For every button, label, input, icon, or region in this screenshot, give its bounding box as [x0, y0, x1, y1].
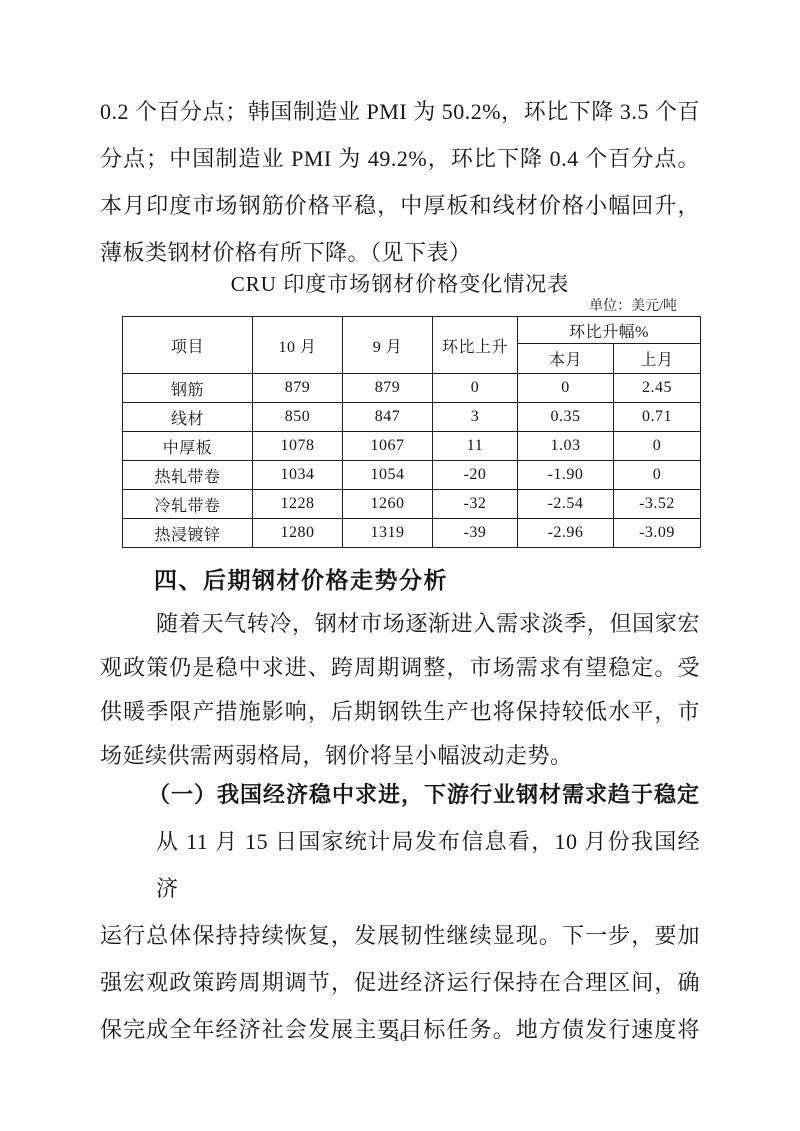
paragraph-line: 随着天气转冷，钢材市场逐渐进入需求淡季，但国家宏 [100, 602, 700, 646]
cell-this-month: -1.90 [518, 461, 614, 490]
cell-oct: 850 [253, 403, 343, 432]
cell-last-month: 2.45 [614, 374, 701, 403]
table-row: 钢筋 879 879 0 0 2.45 [123, 374, 701, 403]
paragraph-line: 强宏观政策跨周期调节，促进经济运行保持在合理区间，确 [100, 959, 700, 1006]
cell-sep: 847 [343, 403, 433, 432]
col-header-mom-change: 环比上升 [433, 317, 518, 374]
cell-oct: 1228 [253, 490, 343, 519]
paragraph-line: 场延续供需两弱格局，钢价将呈小幅波动走势。 [100, 734, 700, 778]
cell-change: 11 [433, 432, 518, 461]
page-content: 0.2 个百分点；韩国制造业 PMI 为 50.2%，环比下降 3.5 个百 分… [100, 0, 700, 1053]
cell-last-month: -3.52 [614, 490, 701, 519]
cell-item: 线材 [123, 403, 253, 432]
section-heading: 四、后期钢材价格走势分析 [100, 564, 700, 596]
cell-sep: 1319 [343, 519, 433, 548]
section-paragraph-2: 从 11 月 15 日国家统计局发布信息看，10 月份我国经济 运行总体保持持续… [100, 818, 700, 1053]
paragraph-line: 薄板类钢材价格有所下降。（见下表） [100, 229, 700, 276]
table-header: 项目 10 月 9 月 环比上升 环比升幅% 本月 上月 [123, 317, 701, 374]
cell-oct: 1280 [253, 519, 343, 548]
cell-oct: 1034 [253, 461, 343, 490]
intro-paragraph: 0.2 个百分点；韩国制造业 PMI 为 50.2%，环比下降 3.5 个百 分… [100, 0, 700, 276]
cell-item: 热浸镀锌 [123, 519, 253, 548]
paragraph-line: 运行总体保持持续恢复，发展韧性继续显现。下一步，要加 [100, 912, 700, 959]
cell-sep: 1260 [343, 490, 433, 519]
cell-change: 3 [433, 403, 518, 432]
paragraph-line: 分点；中国制造业 PMI 为 49.2%，环比下降 0.4 个百分点。 [100, 135, 700, 182]
col-header-sep: 9 月 [343, 317, 433, 374]
table-body: 钢筋 879 879 0 0 2.45 线材 850 847 3 0.35 0.… [123, 374, 701, 548]
cell-this-month: 0.35 [518, 403, 614, 432]
cell-sep: 879 [343, 374, 433, 403]
cell-last-month: -3.09 [614, 519, 701, 548]
cell-last-month: 0 [614, 461, 701, 490]
subsection-heading: （一）我国经济稳中求进，下游行业钢材需求趋于稳定 [100, 778, 700, 812]
table-row: 冷轧带卷 1228 1260 -32 -2.54 -3.52 [123, 490, 701, 519]
cell-last-month: 0.71 [614, 403, 701, 432]
paragraph-line: 供暖季限产措施影响，后期钢铁生产也将保持较低水平，市 [100, 690, 700, 734]
cell-change: -32 [433, 490, 518, 519]
section-paragraph-1: 随着天气转冷，钢材市场逐渐进入需求淡季，但国家宏 观政策仍是稳中求进、跨周期调整… [100, 602, 700, 778]
cell-oct: 879 [253, 374, 343, 403]
cell-this-month: 1.03 [518, 432, 614, 461]
col-header-oct: 10 月 [253, 317, 343, 374]
cell-item: 中厚板 [123, 432, 253, 461]
cell-item: 冷轧带卷 [123, 490, 253, 519]
page-number: 10 [0, 1030, 800, 1046]
cell-this-month: -2.54 [518, 490, 614, 519]
cell-item: 钢筋 [123, 374, 253, 403]
cell-change: 0 [433, 374, 518, 403]
cell-sep: 1067 [343, 432, 433, 461]
col-header-item: 项目 [123, 317, 253, 374]
cell-item: 热轧带卷 [123, 461, 253, 490]
col-header-this-month: 本月 [518, 344, 614, 374]
paragraph-line: 观政策仍是稳中求进、跨周期调整，市场需求有望稳定。受 [100, 646, 700, 690]
table-unit-label: 单位：美元/吨 [100, 298, 700, 316]
table-row: 中厚板 1078 1067 11 1.03 0 [123, 432, 701, 461]
table-row: 热浸镀锌 1280 1319 -39 -2.96 -3.09 [123, 519, 701, 548]
cell-oct: 1078 [253, 432, 343, 461]
col-header-last-month: 上月 [614, 344, 701, 374]
table-row: 热轧带卷 1034 1054 -20 -1.90 0 [123, 461, 701, 490]
cell-this-month: 0 [518, 374, 614, 403]
col-header-mom-pct-group: 环比升幅% [518, 317, 701, 344]
document-page: { "intro": { "lines": [ "0.2 个百分点；韩国制造业 … [0, 0, 800, 1131]
paragraph-line: 0.2 个百分点；韩国制造业 PMI 为 50.2%，环比下降 3.5 个百 [100, 88, 700, 135]
table-row: 线材 850 847 3 0.35 0.71 [123, 403, 701, 432]
cell-change: -20 [433, 461, 518, 490]
cell-last-month: 0 [614, 432, 701, 461]
cell-this-month: -2.96 [518, 519, 614, 548]
cell-sep: 1054 [343, 461, 433, 490]
paragraph-line: 本月印度市场钢筋价格平稳，中厚板和线材价格小幅回升， [100, 182, 700, 229]
price-table: 项目 10 月 9 月 环比上升 环比升幅% 本月 上月 钢筋 879 879 … [122, 316, 701, 548]
paragraph-line: 从 11 月 15 日国家统计局发布信息看，10 月份我国经济 [100, 818, 700, 912]
cell-change: -39 [433, 519, 518, 548]
